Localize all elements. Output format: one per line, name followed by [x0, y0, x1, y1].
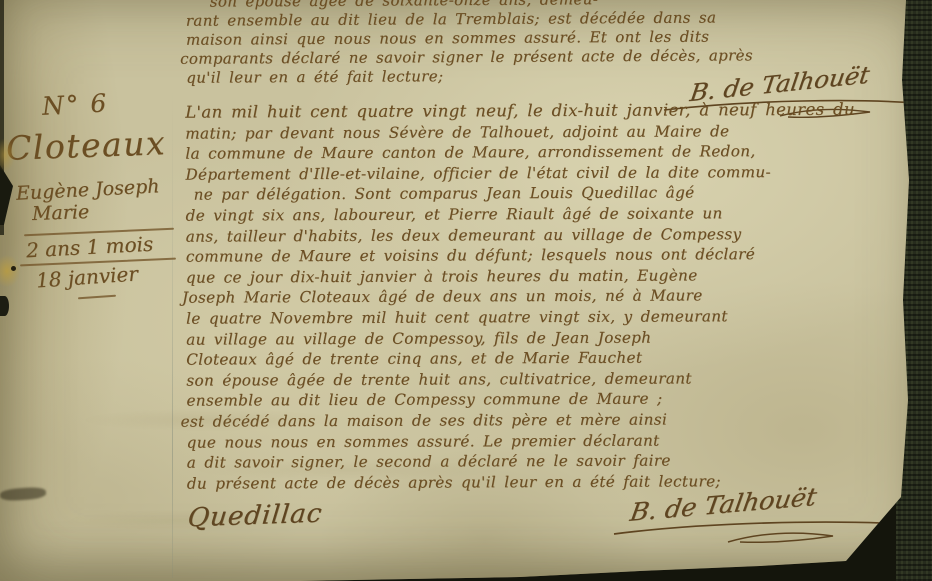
- scanned-register-page: son épouse agée de soixante-onze ans, de…: [0, 0, 932, 581]
- ink-bleedthrough: [40, 360, 600, 560]
- margin-act-number: N° 6: [41, 88, 109, 120]
- page-edge-tear-mark: [0, 165, 13, 225]
- paper-stain: [0, 255, 20, 287]
- margin-age: 2 ans 1 mois: [25, 232, 153, 263]
- margin-divider-rule: [78, 295, 116, 300]
- previous-act-line: comparants déclaré ne savoir signer le p…: [180, 46, 753, 68]
- register-paper: son épouse agée de soixante-onze ans, de…: [0, 0, 932, 581]
- act-line: L'an mil huit cent quatre vingt neuf, le…: [185, 99, 927, 123]
- margin-given-names: Marie: [32, 201, 90, 225]
- previous-act-fragment: son épouse agée de soixante-onze ans, de…: [186, 0, 753, 88]
- previous-act-line: qu'il leur en a été fait lecture;: [186, 65, 753, 87]
- margin-surname: Cloteaux: [5, 123, 166, 168]
- page-edge-tear-mark: [0, 296, 9, 316]
- margin-date: 18 janvier: [35, 261, 138, 292]
- paper-stain-dot: [11, 266, 16, 271]
